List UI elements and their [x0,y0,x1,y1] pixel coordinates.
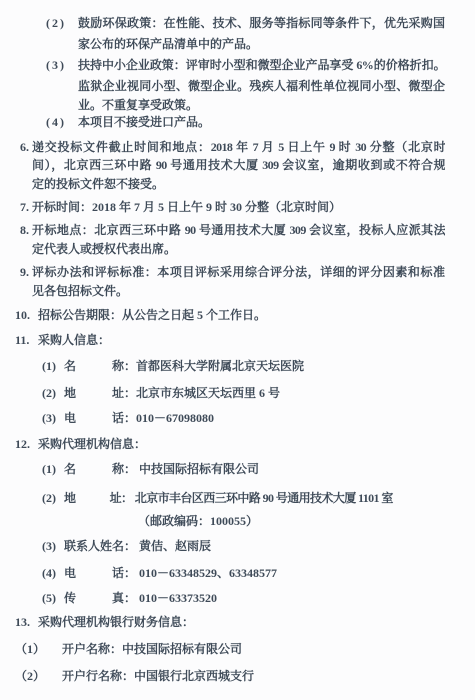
doc-line: 7. 开标时间：2018 年 7 月 5 日上午 9 时 30 分整（北京时间） [0,198,475,217]
doc-line: (4) 电 话： 010－63348529、63348577 [0,564,475,583]
line-text: 定的投标文件恕不接受。 [32,175,445,194]
section-title: 采购人信息： [38,331,110,350]
section-title: 采购代理机构银行财务信息： [38,613,194,632]
line-text: 定代表人或授权代表出席。 [32,240,445,259]
doc-line: 8. 开标地点：北京西三环中路 90 号通用技术大厦 309 会议室，投标人应派… [0,221,475,240]
line-text: 评标办法和评标标准：本项目评标采用综合评分法，详细的评分因素和标准 [32,263,445,282]
list-marker: (2) [42,384,56,403]
postal-code-line: （邮政编码：100055） [138,512,258,531]
doc-line: (3) 电 话：010－67098080 [0,409,475,428]
list-marker: 11. [15,331,29,350]
list-marker: (1) [42,460,56,479]
doc-line: 监狱企业视同小型、微型企业。残疾人福利性单位视同小型、微型企 [0,77,475,96]
doc-line: 11. 采购人信息： [0,331,475,350]
field-row: 地 址： 北京市丰台区西三环中路 90 号通用技术大厦 1101 室 [64,489,393,508]
doc-line: (5) 传 真： 010－63373520 [0,589,475,608]
field-row: 电 话：010－67098080 [64,409,214,428]
list-marker: (5) [42,589,56,608]
doc-line: 9. 评标办法和评标标准：本项目评标采用综合评分法，详细的评分因素和标准 [0,263,475,282]
field-row: 名 称： 中技国际招标有限公司 [64,460,259,479]
doc-line: 13. 采购代理机构银行财务信息： [0,613,475,632]
doc-line: (3) 扶持中小企业政策：评审时小型和微型企业产品享受 6%的价格折扣。 [0,56,475,75]
field-row: 地 址：北京市东城区天坛西里 6 号 [64,384,280,403]
doc-line: 10. 招标公告期限：从公告之日起 5 个工作日。 [0,306,475,325]
line-text: 鼓励环保政策：在性能、技术、服务等指标同等条件下，优先采购国 [78,14,445,33]
list-marker: 12. [15,435,30,454]
field-row: 传 真： 010－63373520 [64,589,217,608]
doc-line: （1） 开户名称：中技国际招标有限公司 [0,640,475,659]
line-text: 开标地点：北京西三环中路 90 号通用技术大厦 309 会议室，投标人应派其法 [32,221,445,240]
field-row: 联系人姓名： 黄佶、赵雨辰 [64,537,211,556]
field-row: 开户名称：中技国际招标有限公司 [62,640,242,659]
line-text: 扶持中小企业政策：评审时小型和微型企业产品享受 6%的价格折扣。 [78,56,445,75]
list-marker: (2) [42,489,56,508]
doc-line: 定的投标文件恕不接受。 [0,175,475,194]
doc-line: 12. 采购代理机构信息： [0,435,475,454]
list-marker: 13. [15,613,30,632]
doc-line: 见各包招标文件。 [0,282,475,301]
list-marker: (3) [42,537,56,556]
doc-line: (4) 本项目不接受进口产品。 [0,113,475,132]
doc-line: (1) 名 称：首都医科大学附属北京天坛医院 [0,357,475,376]
list-marker: (2) [46,14,66,33]
doc-line: （邮政编码：100055） [0,512,475,531]
tender-notice-page: (2) 鼓励环保政策：在性能、技术、服务等指标同等条件下，优先采购国 家公布的环… [0,0,475,700]
list-marker: 9. [20,263,29,282]
list-marker: (3) [42,409,56,428]
doc-line: 家公布的环保产品清单中的产品。 [0,35,475,54]
line-text: 开标时间：2018 年 7 月 5 日上午 9 时 30 分整（北京时间） [32,198,445,217]
list-marker: 10. [15,306,30,325]
field-row: 开户行名称：中国银行北京西城支行 [62,667,254,686]
list-marker: 6. [20,138,29,157]
line-text: 招标公告期限：从公告之日起 5 个工作日。 [38,306,266,325]
line-text: 本项目不接受进口产品。 [78,113,445,132]
field-row: 电 话： 010－63348529、63348577 [64,564,277,583]
doc-line: （2） 开户行名称：中国银行北京西城支行 [0,667,475,686]
doc-line: 间），北京西三环中路 90 号通用技术大厦 309 会议室，逾期收到或不符合规 [0,156,475,175]
list-marker: (3) [46,56,66,75]
list-marker: （2） [15,667,45,686]
list-marker: 8. [20,221,29,240]
field-row: 名 称：首都医科大学附属北京天坛医院 [64,357,304,376]
list-marker: (4) [46,113,66,132]
list-marker: （1） [15,640,45,659]
list-marker: (4) [42,564,56,583]
line-text: 家公布的环保产品清单中的产品。 [78,35,445,54]
line-text: 间），北京西三环中路 90 号通用技术大厦 309 会议室，逾期收到或不符合规 [32,156,445,175]
doc-line: 定代表人或授权代表出席。 [0,240,475,259]
line-text: 递交投标文件截止时间和地点：2018 年 7 月 5 日上午 9 时 30 分整… [32,138,445,157]
line-text: 见各包招标文件。 [32,282,445,301]
doc-line: (1) 名 称： 中技国际招标有限公司 [0,460,475,479]
doc-line: (2) 地 址： 北京市丰台区西三环中路 90 号通用技术大厦 1101 室 [0,489,475,508]
section-title: 采购代理机构信息： [38,435,146,454]
line-text: 监狱企业视同小型、微型企业。残疾人福利性单位视同小型、微型企 [78,77,445,96]
doc-line: (2) 地 址：北京市东城区天坛西里 6 号 [0,384,475,403]
list-marker: (1) [42,357,56,376]
doc-line: 6. 递交投标文件截止时间和地点：2018 年 7 月 5 日上午 9 时 30… [0,138,475,157]
list-marker: 7. [20,198,29,217]
doc-line: (3) 联系人姓名： 黄佶、赵雨辰 [0,537,475,556]
doc-line: (2) 鼓励环保政策：在性能、技术、服务等指标同等条件下，优先采购国 [0,14,475,33]
